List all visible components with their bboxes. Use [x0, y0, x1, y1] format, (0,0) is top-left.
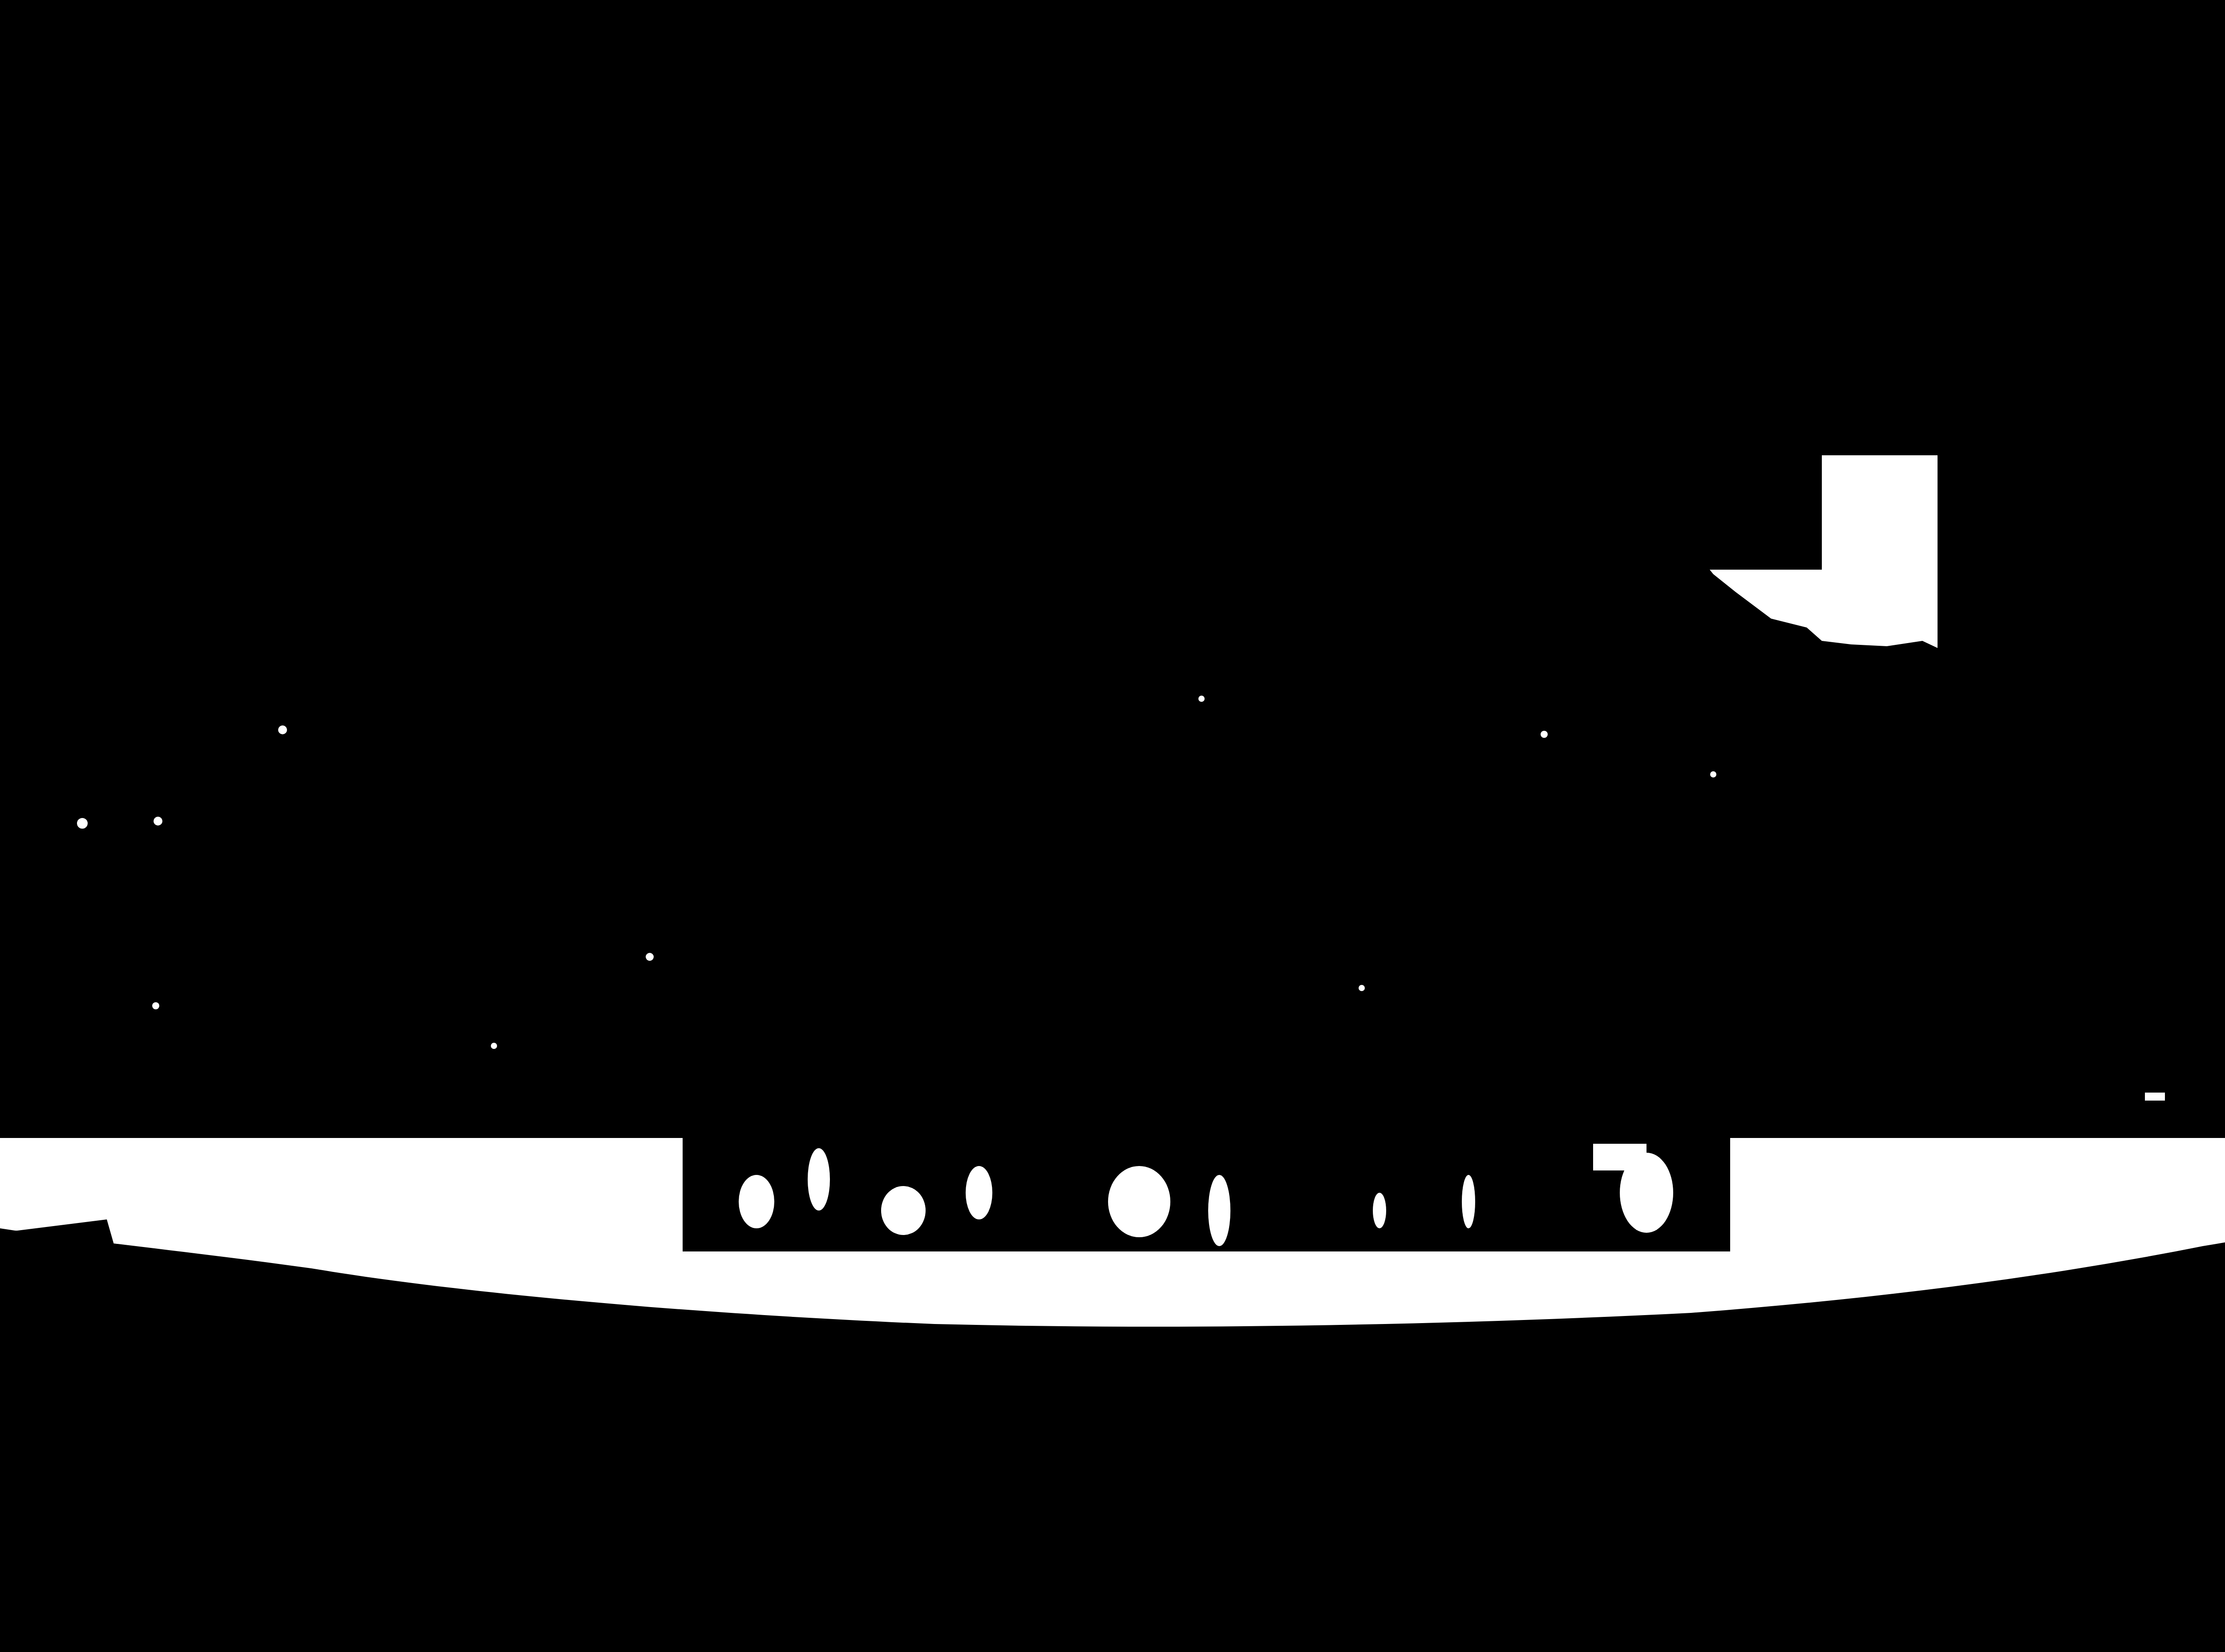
- noisy-inset: [683, 1138, 1730, 1251]
- mask-background: [0, 0, 2225, 1652]
- segmentation-mask: [0, 0, 2225, 1652]
